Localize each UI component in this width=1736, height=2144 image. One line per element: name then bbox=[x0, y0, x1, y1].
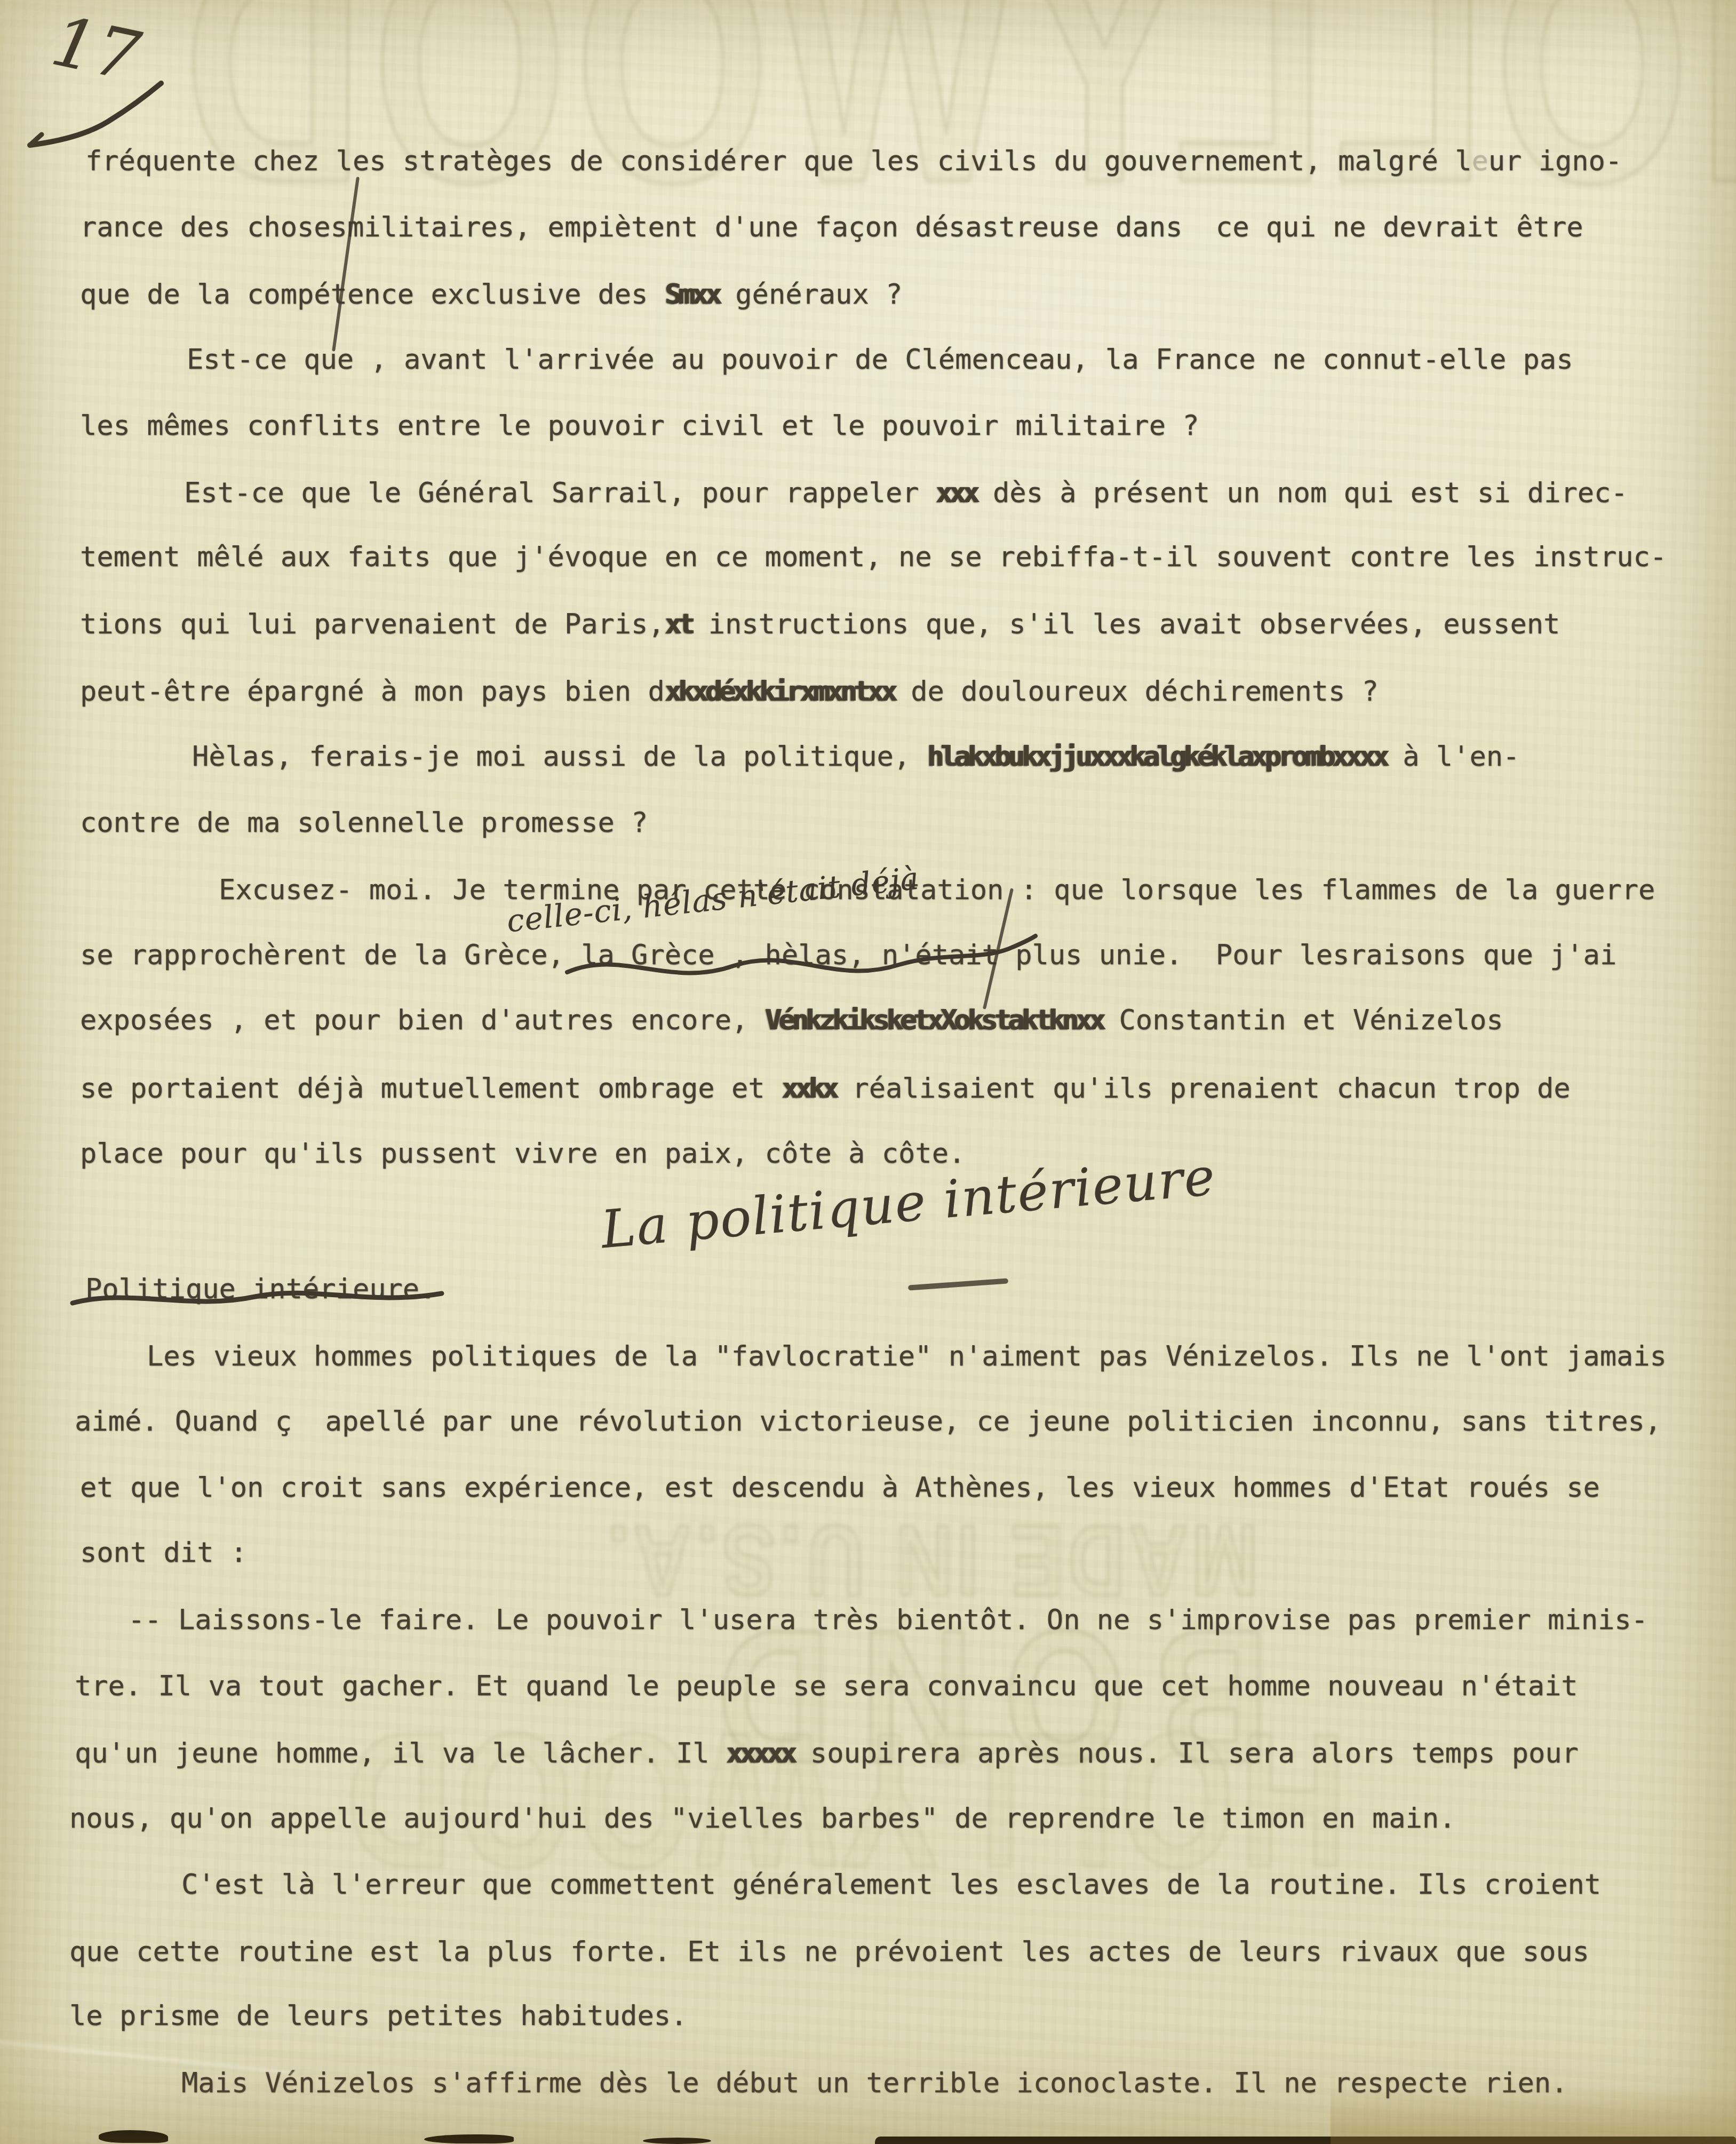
typed-line: que de la compétence exclusive des Smxx … bbox=[0, 261, 1736, 328]
scan-edge-artifact bbox=[875, 2137, 1736, 2144]
scan-edge-artifact bbox=[643, 2138, 711, 2144]
typed-line: les mêmes conflits entre le pouvoir civi… bbox=[0, 393, 1736, 459]
typed-line: place pour qu'ils pussent vivre en paix,… bbox=[0, 1121, 1736, 1187]
typed-line: Mais Vénizelos s'affirme dès le début un… bbox=[0, 2050, 1736, 2116]
typed-line: sont dit : bbox=[0, 1520, 1736, 1586]
typed-line: le prisme de leurs petites habitudes. bbox=[0, 1983, 1736, 2049]
typed-line: aimé. Quand ç apellé par une révolution … bbox=[0, 1388, 1736, 1455]
typed-line: qu'un jeune homme, il va le lâcher. Il x… bbox=[0, 1720, 1736, 1786]
typed-line: rance des chosesmilitaires, empiètent d'… bbox=[0, 194, 1736, 260]
typed-line: se rapprochèrent de la Grèce, la Grèce ,… bbox=[0, 922, 1736, 988]
typed-text-block: fréquente chez les stratèges de considér… bbox=[0, 128, 1736, 2116]
typed-line: peut-être épargné à mon pays bien dxkxdé… bbox=[0, 658, 1736, 725]
typed-line: nous, qu'on appelle aujourd'hui des "vie… bbox=[0, 1785, 1736, 1852]
page-number: 17 bbox=[45, 2, 146, 98]
typed-line: C'est là l'erreur que commettent général… bbox=[0, 1852, 1736, 1918]
typed-line: Excusez- moi. Je termine par cette const… bbox=[0, 857, 1736, 923]
scan-edge-artifact bbox=[424, 2134, 514, 2143]
typed-line: Est-ce que , avant l'arrivée au pouvoir … bbox=[0, 327, 1736, 393]
typed-line: tions qui lui parvenaient de Paris,xt in… bbox=[0, 591, 1736, 657]
typed-line: -- Laissons-le faire. Le pouvoir l'usera… bbox=[0, 1587, 1736, 1653]
typed-line: que cette routine est la plus forte. Et … bbox=[0, 1919, 1736, 1985]
typed-line: Est-ce que le Général Sarrail, pour rapp… bbox=[0, 460, 1736, 526]
manuscript-page: HOLLYWOOD MADE IN U.S.A. BOND HOLLYWOOD … bbox=[0, 0, 1736, 2144]
typed-line: tement mêlé aux faits que j'évoque en ce… bbox=[0, 524, 1736, 590]
typed-line: et que l'on croit sans expérience, est d… bbox=[0, 1455, 1736, 1521]
scan-edge-artifact bbox=[99, 2130, 168, 2143]
typed-line: fréquente chez les stratèges de considér… bbox=[0, 128, 1736, 194]
typed-line: contre de ma solennelle promesse ? bbox=[0, 790, 1736, 856]
typed-line: Politique intérieure. bbox=[0, 1256, 1736, 1322]
typed-line: Les vieux hommes politiques de la "favlo… bbox=[0, 1323, 1736, 1389]
typed-line: se portaient déjà mutuellement ombrage e… bbox=[0, 1055, 1736, 1122]
typed-line: exposées , et pour bien d'autres encore,… bbox=[0, 987, 1736, 1053]
typed-line: tre. Il va tout gacher. Et quand le peup… bbox=[0, 1653, 1736, 1719]
typed-line: Hèlas, ferais-je moi aussi de la politiq… bbox=[0, 724, 1736, 790]
